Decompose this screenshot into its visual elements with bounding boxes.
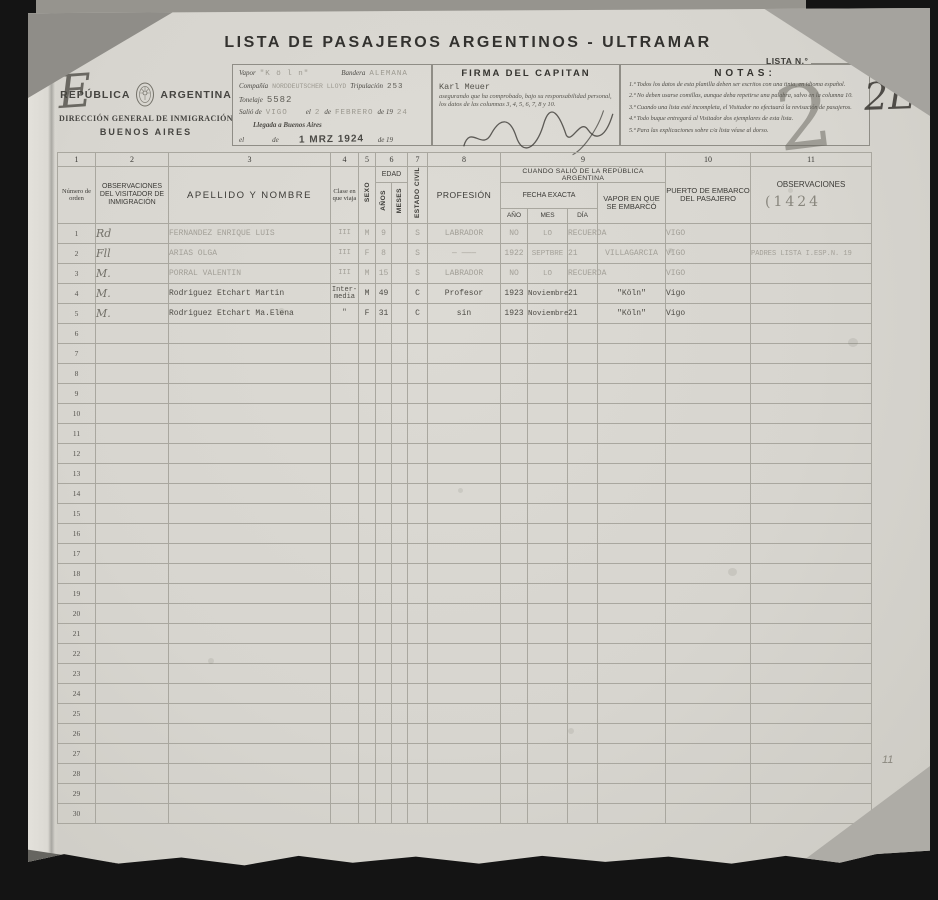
cell-estado (408, 584, 428, 604)
cell-name (169, 324, 331, 344)
cell-dia (568, 744, 598, 764)
cell-name (169, 524, 331, 544)
header-anos: AÑOS (376, 183, 392, 224)
cell-dia (568, 804, 598, 824)
header-edad: EDAD (376, 167, 408, 183)
llegada-label: Llegada a Buenos Aires (253, 121, 322, 129)
cell-obs (751, 264, 872, 284)
cell-sexo (359, 564, 376, 584)
cell-name (169, 424, 331, 444)
cell-puerto: Vigo (666, 284, 751, 304)
cell-ano: 1923 (501, 304, 528, 324)
paper-stain (278, 308, 285, 315)
cell-estado: S (408, 264, 428, 284)
table-row: 27 (58, 744, 872, 764)
cell-puerto (666, 744, 751, 764)
cell-hand (96, 484, 169, 504)
cell-ano (501, 724, 528, 744)
observaciones-stamp-number: (1424 (751, 198, 871, 206)
cell-mes: LO (528, 264, 568, 284)
cell-prof: Profesor (428, 284, 501, 304)
cell-meses (392, 604, 408, 624)
tripulacion-value: 253 (387, 83, 404, 91)
cell-anos (376, 564, 392, 584)
cell-meses (392, 624, 408, 644)
cell-estado (408, 784, 428, 804)
cell-prof (428, 364, 501, 384)
llegada-de-label: de (272, 136, 279, 144)
cell-meses (392, 784, 408, 804)
cell-ano (501, 324, 528, 344)
cell-obs (751, 584, 872, 604)
cell-obs (751, 684, 872, 704)
cell-ano (501, 764, 528, 784)
cell-mes (528, 704, 568, 724)
table-row: 12 (58, 444, 872, 464)
cell-meses (392, 484, 408, 504)
cell-estado (408, 504, 428, 524)
cell-clase (331, 604, 359, 624)
cell-num: 19 (58, 584, 96, 604)
cell-meses (392, 424, 408, 444)
paper-fold-shadow (48, 8, 55, 874)
cell-anos (376, 664, 392, 684)
cell-estado: S (408, 244, 428, 264)
cell-hand (96, 584, 169, 604)
cell-dia (568, 324, 598, 344)
cell-obs (751, 384, 872, 404)
llegada-el-label: el (239, 136, 244, 144)
cell-num: 14 (58, 484, 96, 504)
paper-stain (208, 658, 214, 664)
cell-estado (408, 644, 428, 664)
cell-prof: LABRADOR (428, 224, 501, 244)
cell-sexo (359, 424, 376, 444)
header-sexo: SEXO (359, 167, 376, 224)
tripulacion-label: Tripulación (350, 82, 383, 90)
cell-num: 22 (58, 644, 96, 664)
cell-puerto (666, 404, 751, 424)
header-estado-civil: ESTADO CIVIL (408, 167, 428, 224)
cell-estado (408, 704, 428, 724)
cell-mes (528, 404, 568, 424)
header-apellido-nombre: APELLIDO Y NOMBRE (169, 167, 331, 224)
cell-prof (428, 404, 501, 424)
cell-prof (428, 804, 501, 824)
cell-ano: 1922 (501, 244, 528, 264)
colnum-2: 2 (96, 153, 169, 167)
cell-name (169, 364, 331, 384)
cell-meses (392, 504, 408, 524)
cell-anos (376, 704, 392, 724)
cell-meses (392, 244, 408, 264)
cell-vapor: "Köln" (598, 304, 666, 324)
cell-name (169, 564, 331, 584)
cell-dia (568, 364, 598, 384)
table-row: 23 (58, 664, 872, 684)
cell-vapor: "Köln" (598, 284, 666, 304)
table-row: 13 (58, 464, 872, 484)
colnum-1: 1 (58, 153, 96, 167)
captain-name: Karl Meuer (439, 82, 613, 92)
tonelaje-label: Tonelaje (239, 96, 263, 104)
cell-puerto (666, 564, 751, 584)
cell-estado (408, 604, 428, 624)
cell-anos (376, 584, 392, 604)
cell-name (169, 384, 331, 404)
cell-meses (392, 524, 408, 544)
table-row: 24 (58, 684, 872, 704)
cell-clase (331, 544, 359, 564)
header-meses: MESES (392, 183, 408, 224)
pencil-11-mark: 11 (882, 754, 893, 766)
cell-name: PORRAL VALENTIN (169, 264, 331, 284)
cell-estado (408, 624, 428, 644)
cell-dia (568, 344, 598, 364)
cell-mes: SEPTBRE (528, 244, 568, 264)
cell-puerto (666, 584, 751, 604)
cell-obs (751, 784, 872, 804)
header-observaciones-text: OBSERVACIONES (777, 180, 846, 189)
ship-info-box: Vapor "K ö l n" Bandera ALEMANA Compañía… (232, 64, 432, 146)
cell-hand (96, 444, 169, 464)
cell-clase (331, 624, 359, 644)
cell-prof (428, 784, 501, 804)
table-row: 7 (58, 344, 872, 364)
table-row: 8 (58, 364, 872, 384)
paper-stain (848, 338, 858, 347)
cell-sexo (359, 724, 376, 744)
cell-ano (501, 424, 528, 444)
cell-estado (408, 344, 428, 364)
cell-num: 6 (58, 324, 96, 344)
cell-clase (331, 444, 359, 464)
cell-puerto (666, 704, 751, 724)
cell-clase (331, 344, 359, 364)
cell-obs: PADRES LISTA I.ESP.N. 19 (751, 244, 872, 264)
cell-clase (331, 804, 359, 824)
salio-anio: 24 (397, 109, 408, 117)
cell-num: 2 (58, 244, 96, 264)
header-fecha-exacta: FECHA EXACTA (501, 183, 598, 209)
cell-dia (568, 704, 598, 724)
cell-vapor (598, 684, 666, 704)
cell-anos (376, 464, 392, 484)
colnum-7: 7 (408, 153, 428, 167)
cell-obs (751, 744, 872, 764)
cell-puerto (666, 524, 751, 544)
cell-anos (376, 404, 392, 424)
cell-dia (568, 504, 598, 524)
cell-name: Rodriguez Etchart Ma.Elena (169, 304, 331, 324)
colnum-3: 3 (169, 153, 331, 167)
passenger-rows: 1RdFERNANDEZ ENRIQUE LUISIIIM9SLABRADORN… (58, 224, 872, 824)
cell-sexo (359, 544, 376, 564)
cell-sexo (359, 524, 376, 544)
cell-estado (408, 484, 428, 504)
arrival-date-stamp: 1 MRZ 1924 (299, 133, 364, 145)
cell-hand (96, 724, 169, 744)
cell-dia (568, 464, 598, 484)
cell-clase (331, 664, 359, 684)
cell-anos: 15 (376, 264, 392, 284)
cell-dia: 21 (568, 244, 598, 264)
cell-estado (408, 524, 428, 544)
cell-num: 16 (58, 524, 96, 544)
header-cuando-salio: CUANDO SALIÓ DE LA REPÚBLICA ARGENTINA (501, 167, 666, 183)
cell-estado (408, 724, 428, 744)
cell-anos (376, 504, 392, 524)
cell-estado: C (408, 304, 428, 324)
cell-clase: III (331, 244, 359, 264)
org-argentina: ARGENTINA (160, 89, 231, 101)
cell-vapor: VILLAGARCIA (598, 244, 666, 264)
colnum-8: 8 (428, 153, 501, 167)
cell-num: 26 (58, 724, 96, 744)
cell-puerto (666, 424, 751, 444)
cell-mes (528, 644, 568, 664)
cell-ano (501, 744, 528, 764)
cell-sexo (359, 744, 376, 764)
cell-sexo (359, 584, 376, 604)
cell-clase (331, 684, 359, 704)
cell-num: 4 (58, 284, 96, 304)
cell-clase (331, 764, 359, 784)
cell-num: 20 (58, 604, 96, 624)
cell-meses (392, 764, 408, 784)
table-row: 1RdFERNANDEZ ENRIQUE LUISIIIM9SLABRADORN… (58, 224, 872, 244)
cell-meses (392, 404, 408, 424)
cell-ano (501, 364, 528, 384)
cell-obs (751, 664, 872, 684)
cell-ano (501, 664, 528, 684)
cell-anos (376, 424, 392, 444)
cell-name: ARIAS OLGA (169, 244, 331, 264)
cell-anos (376, 384, 392, 404)
cell-sexo (359, 664, 376, 684)
cell-prof (428, 744, 501, 764)
cell-name (169, 464, 331, 484)
cell-ano (501, 644, 528, 664)
cell-dia (568, 384, 598, 404)
cell-num: 5 (58, 304, 96, 324)
cell-clase (331, 484, 359, 504)
cell-estado (408, 544, 428, 564)
cell-sexo: F (359, 244, 376, 264)
cell-clase: " (331, 304, 359, 324)
cell-num: 7 (58, 344, 96, 364)
header-estado-civil-text: ESTADO CIVIL (414, 167, 421, 218)
cell-sexo (359, 404, 376, 424)
header-ano: AÑO (501, 208, 528, 223)
colnum-11: 11 (751, 153, 872, 167)
cell-ano: NO (501, 224, 528, 244)
cell-prof (428, 644, 501, 664)
compania-value: NORDDEUTSCHER LLOYD (272, 83, 346, 90)
cell-name (169, 544, 331, 564)
tonelaje-value: 5582 (267, 95, 293, 105)
cell-num: 3 (58, 264, 96, 284)
llegada-de19-label: de 19 (378, 136, 393, 144)
paper-stain (668, 248, 673, 253)
cell-puerto (666, 484, 751, 504)
table-row: 16 (58, 524, 872, 544)
cell-name (169, 804, 331, 824)
cell-obs (751, 624, 872, 644)
cell-vapor (598, 584, 666, 604)
cell-puerto (666, 344, 751, 364)
cell-dia (568, 404, 598, 424)
table-row: 14 (58, 484, 872, 504)
cell-prof: — ——— (428, 244, 501, 264)
cell-vapor (598, 344, 666, 364)
table-row: 22 (58, 644, 872, 664)
cell-prof (428, 584, 501, 604)
cell-puerto (666, 804, 751, 824)
cell-puerto (666, 724, 751, 744)
cell-hand (96, 544, 169, 564)
cell-ano (501, 624, 528, 644)
cell-estado (408, 464, 428, 484)
header-anos-text: AÑOS (380, 190, 387, 211)
cell-name (169, 604, 331, 624)
cell-mes (528, 524, 568, 544)
cell-mes (528, 464, 568, 484)
table-row: 19 (58, 584, 872, 604)
cell-anos (376, 524, 392, 544)
cell-obs (751, 304, 872, 324)
cell-anos (376, 744, 392, 764)
cell-hand (96, 684, 169, 704)
cell-hand: Fll (96, 244, 169, 264)
cell-anos (376, 764, 392, 784)
cell-hand (96, 504, 169, 524)
cell-anos (376, 804, 392, 824)
cell-num: 12 (58, 444, 96, 464)
cell-meses (392, 364, 408, 384)
cell-vapor (598, 724, 666, 744)
vapor-label: Vapor (239, 69, 256, 77)
cell-obs (751, 444, 872, 464)
cell-num: 21 (58, 624, 96, 644)
table-row: 18 (58, 564, 872, 584)
cell-num: 10 (58, 404, 96, 424)
cell-num: 9 (58, 384, 96, 404)
table-row: 29 (58, 784, 872, 804)
cell-ano (501, 464, 528, 484)
cell-anos (376, 604, 392, 624)
cell-vapor (598, 744, 666, 764)
corner-shadow-bottom-left (28, 846, 240, 882)
cell-puerto (666, 384, 751, 404)
cell-prof (428, 764, 501, 784)
cell-obs (751, 504, 872, 524)
cell-prof (428, 384, 501, 404)
table-row: 21 (58, 624, 872, 644)
cell-anos (376, 624, 392, 644)
cell-meses (392, 444, 408, 464)
table-row: 30 (58, 804, 872, 824)
cell-hand: Rd (96, 224, 169, 244)
table-row: 6 (58, 324, 872, 344)
cell-vapor (598, 804, 666, 824)
cell-mes (528, 684, 568, 704)
cell-anos (376, 324, 392, 344)
cell-puerto (666, 644, 751, 664)
cell-puerto: VIGO (666, 244, 751, 264)
cell-estado (408, 404, 428, 424)
cell-obs (751, 764, 872, 784)
cell-dia (568, 764, 598, 784)
table-row: 11 (58, 424, 872, 444)
cell-obs (751, 644, 872, 664)
cell-name (169, 624, 331, 644)
cell-hand (96, 424, 169, 444)
table-row: 26 (58, 724, 872, 744)
cell-prof (428, 324, 501, 344)
cell-hand (96, 324, 169, 344)
cell-name (169, 644, 331, 664)
bandera-label: Bandera (341, 69, 365, 77)
cell-estado (408, 384, 428, 404)
cell-estado (408, 324, 428, 344)
cell-obs (751, 564, 872, 584)
cell-hand (96, 384, 169, 404)
cell-vapor (598, 704, 666, 724)
table-row: 25 (58, 704, 872, 724)
cell-dia (568, 644, 598, 664)
cell-num: 28 (58, 764, 96, 784)
salio-dia: 2 (315, 109, 321, 117)
cell-mes (528, 504, 568, 524)
cell-prof (428, 544, 501, 564)
cell-puerto (666, 764, 751, 784)
cell-prof (428, 624, 501, 644)
cell-vapor (598, 624, 666, 644)
cell-anos (376, 544, 392, 564)
cell-hand (96, 464, 169, 484)
cell-clase (331, 564, 359, 584)
cell-prof (428, 724, 501, 744)
cell-hand (96, 524, 169, 544)
cell-name (169, 344, 331, 364)
cell-hand (96, 344, 169, 364)
paper-stain (568, 728, 574, 734)
colnum-9: 9 (501, 153, 666, 167)
column-number-row: 1 2 3 4 5 6 7 8 9 10 11 (58, 153, 872, 167)
cell-prof: sin (428, 304, 501, 324)
cell-num: 15 (58, 504, 96, 524)
cell-mes (528, 384, 568, 404)
cell-vapor (598, 644, 666, 664)
cell-puerto (666, 444, 751, 464)
cell-num: 27 (58, 744, 96, 764)
cell-hand (96, 604, 169, 624)
cell-meses (392, 584, 408, 604)
cell-ano (501, 504, 528, 524)
cell-puerto: VIGO (666, 224, 751, 244)
cell-anos: 49 (376, 284, 392, 304)
table-row: 15 (58, 504, 872, 524)
cell-mes (528, 804, 568, 824)
table-row: 2FllARIAS OLGAIIIF8S— ———1922SEPTBRE21VI… (58, 244, 872, 264)
colnum-4: 4 (331, 153, 359, 167)
cell-puerto (666, 504, 751, 524)
cell-sexo (359, 684, 376, 704)
salio-de-label: de (324, 108, 331, 116)
cell-hand (96, 664, 169, 684)
cell-prof (428, 344, 501, 364)
